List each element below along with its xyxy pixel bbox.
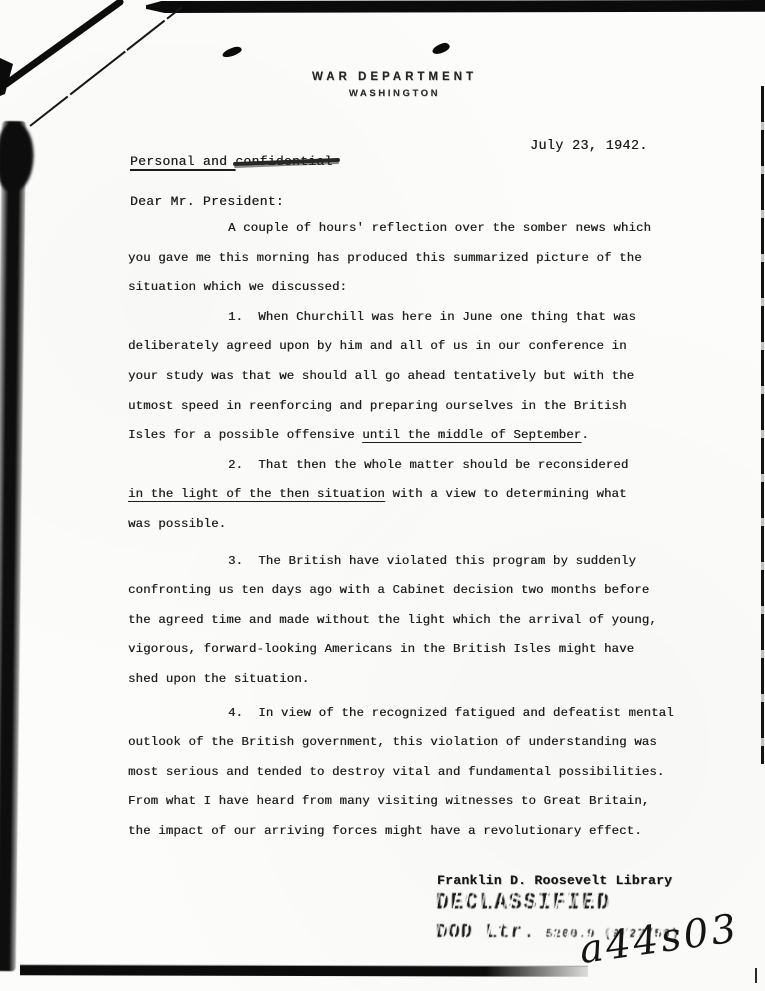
- scanned-letter-page: WAR DEPARTMENT WASHINGTON July 23, 1942.…: [0, 0, 765, 991]
- paragraph: A couple of hours' reflection over the s…: [128, 214, 670, 303]
- scan-edge-left: [0, 121, 26, 971]
- text-segment: utmost speed in reenforcing and preparin…: [128, 399, 627, 413]
- letter-line: you gave me this morning has produced th…: [128, 244, 670, 274]
- letter-line: most serious and tended to destroy vital…: [128, 758, 670, 788]
- text-segment: confronting us ten days ago with a Cabin…: [128, 583, 649, 597]
- handwritten-annotation: a44s03: [577, 906, 742, 973]
- scan-edge-right: [761, 86, 764, 764]
- letter-date: July 23, 1942.: [530, 139, 648, 154]
- text-segment: 1. When Churchill was here in June one t…: [228, 310, 636, 324]
- ink-smudge: [431, 42, 451, 56]
- letter-line: Isles for a possible offensive until the…: [128, 421, 670, 451]
- library-stamp: Franklin D. Roosevelt Library: [437, 873, 672, 888]
- text-segment: your study was that we should all go ahe…: [128, 369, 634, 383]
- letter-line: deliberately agreed upon by him and all …: [128, 332, 670, 362]
- letter-line: 2. That then the whole matter should be …: [128, 451, 670, 481]
- letter-line: the agreed time and made without the lig…: [128, 606, 670, 636]
- text-segment: the agreed time and made without the lig…: [128, 613, 657, 627]
- text-segment: A couple of hours' reflection over the s…: [228, 221, 651, 235]
- letter-line: was possible.: [128, 510, 670, 540]
- text-segment: .: [581, 428, 589, 442]
- text-segment: deliberately agreed upon by him and all …: [128, 339, 627, 353]
- letter-line: your study was that we should all go ahe…: [128, 362, 670, 392]
- letter-line: A couple of hours' reflection over the s…: [128, 214, 670, 244]
- letter-line: From what I have heard from many visitin…: [128, 787, 670, 817]
- letterhead-department: WAR DEPARTMENT: [24, 71, 765, 83]
- text-segment: was possible.: [128, 517, 226, 531]
- paragraph: 1. When Churchill was here in June one t…: [128, 303, 670, 451]
- declassified-stamp: DECLASSIFIED: [436, 891, 611, 916]
- subject-prefix: Personal and: [130, 154, 235, 169]
- letter-line: 1. When Churchill was here in June one t…: [128, 303, 670, 333]
- letter-line: situation which we discussed:: [128, 273, 670, 303]
- text-segment: outlook of the British government, this …: [128, 735, 657, 749]
- underlined-phrase: in the light of the then situation: [128, 487, 385, 501]
- scan-edge-bottom: [20, 965, 588, 976]
- letter-line: confronting us ten days ago with a Cabin…: [128, 576, 670, 606]
- text-segment: 3. The British have violated this progra…: [228, 554, 636, 568]
- letter-line: 3. The British have violated this progra…: [128, 547, 670, 577]
- text-segment: the impact of our arriving forces might …: [128, 824, 642, 838]
- text-segment: situation which we discussed:: [128, 280, 347, 294]
- text-segment: vigorous, forward-looking Americans in t…: [128, 642, 634, 656]
- scan-mark-bottom-right: [755, 968, 757, 983]
- subject-struck-word: confidential: [235, 154, 332, 169]
- ink-smudge: [221, 45, 242, 58]
- subject-line: Personal and confidential: [130, 154, 333, 169]
- authority-stamp-main: DOD Ltr.: [436, 921, 535, 943]
- scan-edge-top: [146, 0, 765, 13]
- letter-line: shed upon the situation.: [128, 665, 670, 695]
- text-segment: you gave me this morning has produced th…: [128, 251, 642, 265]
- text-segment: shed upon the situation.: [128, 672, 309, 686]
- letter-line: 4. In view of the recognized fatigued an…: [128, 699, 670, 729]
- letter-body: A couple of hours' reflection over the s…: [128, 214, 670, 846]
- text-segment: with a view to determining what: [385, 487, 627, 501]
- letter-line: utmost speed in reenforcing and preparin…: [128, 392, 670, 422]
- paragraph: 2. That then the whole matter should be …: [128, 451, 670, 540]
- letter-line: the impact of our arriving forces might …: [128, 817, 670, 847]
- letter-line: in the light of the then situation with …: [128, 480, 670, 510]
- text-segment: From what I have heard from many visitin…: [128, 794, 649, 808]
- letter-line: vigorous, forward-looking Americans in t…: [128, 635, 670, 665]
- salutation: Dear Mr. President:: [130, 194, 284, 209]
- letterhead-city: WASHINGTON: [24, 88, 765, 99]
- paragraph: 3. The British have violated this progra…: [128, 547, 670, 695]
- text-segment: 4. In view of the recognized fatigued an…: [228, 706, 674, 720]
- letter-line: outlook of the British government, this …: [128, 728, 670, 758]
- text-segment: Isles for a possible offensive: [128, 428, 362, 442]
- text-segment: most serious and tended to destroy vital…: [128, 765, 664, 779]
- paragraph: 4. In view of the recognized fatigued an…: [128, 699, 670, 847]
- text-segment: 2. That then the whole matter should be …: [228, 458, 628, 472]
- underlined-phrase: until the middle of September: [362, 428, 581, 442]
- letterhead: WAR DEPARTMENT WASHINGTON: [0, 71, 765, 99]
